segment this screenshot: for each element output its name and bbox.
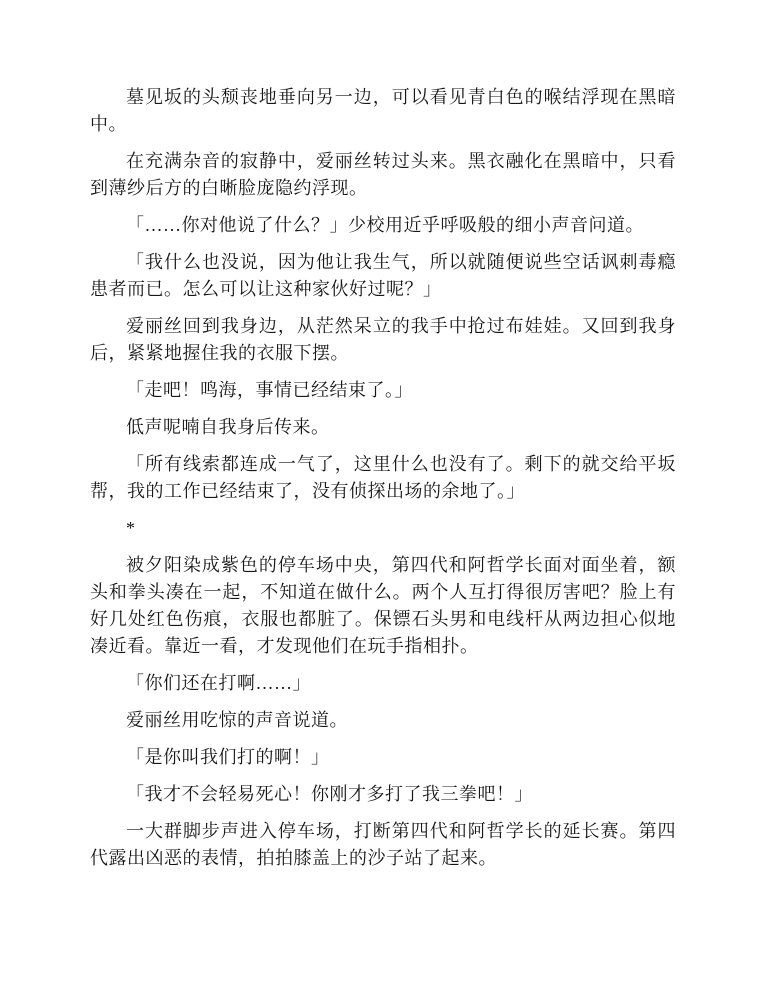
- paragraph-1: 墓见坂的头颓丧地垂向另一边，可以看见青白色的喉结浮现在黑暗中。: [90, 84, 676, 138]
- book-page: 墓见坂的头颓丧地垂向另一边，可以看见青白色的喉结浮现在黑暗中。 在充满杂音的寂静…: [0, 0, 765, 990]
- paragraph-11: 「你们还在打啊……」: [90, 670, 676, 697]
- text-column: 墓见坂的头颓丧地垂向另一边，可以看见青白色的喉结浮现在黑暗中。 在充满杂音的寂静…: [90, 84, 676, 882]
- paragraph-8: 「所有线索都连成一气了，这里什么也没有了。剩下的就交给平坂帮，我的工作已经结束了…: [90, 451, 676, 505]
- paragraph-15: 一大群脚步声进入停车场，打断第四代和阿哲学长的延长赛。第四代露出凶恶的表情，拍拍…: [90, 818, 676, 872]
- paragraph-4: 「我什么也没说，因为他让我生气，所以就随便说些空话讽刺毒瘾患者而已。怎么可以让这…: [90, 249, 676, 303]
- paragraph-6: 「走吧！鸣海，事情已经结束了。」: [90, 377, 676, 404]
- paragraph-14: 「我才不会轻易死心！你刚才多打了我三拳吧！」: [90, 781, 676, 808]
- paragraph-10: 被夕阳染成紫色的停车场中央，第四代和阿哲学长面对面坐着，额头和拳头凑在一起，不知…: [90, 552, 676, 660]
- paragraph-12: 爱丽丝用吃惊的声音说道。: [90, 707, 676, 734]
- paragraph-7: 低声呢喃自我身后传来。: [90, 414, 676, 441]
- section-separator: *: [90, 515, 676, 542]
- paragraph-3: 「……你对他说了什么？」少校用近乎呼吸般的细小声音问道。: [90, 212, 676, 239]
- paragraph-2: 在充满杂音的寂静中，爱丽丝转过头来。黑衣融化在黑暗中，只看到薄纱后方的白晰脸庞隐…: [90, 148, 676, 202]
- paragraph-13: 「是你叫我们打的啊！」: [90, 744, 676, 771]
- paragraph-5: 爱丽丝回到我身边，从茫然呆立的我手中抢过布娃娃。又回到我身后，紧紧地握住我的衣服…: [90, 313, 676, 367]
